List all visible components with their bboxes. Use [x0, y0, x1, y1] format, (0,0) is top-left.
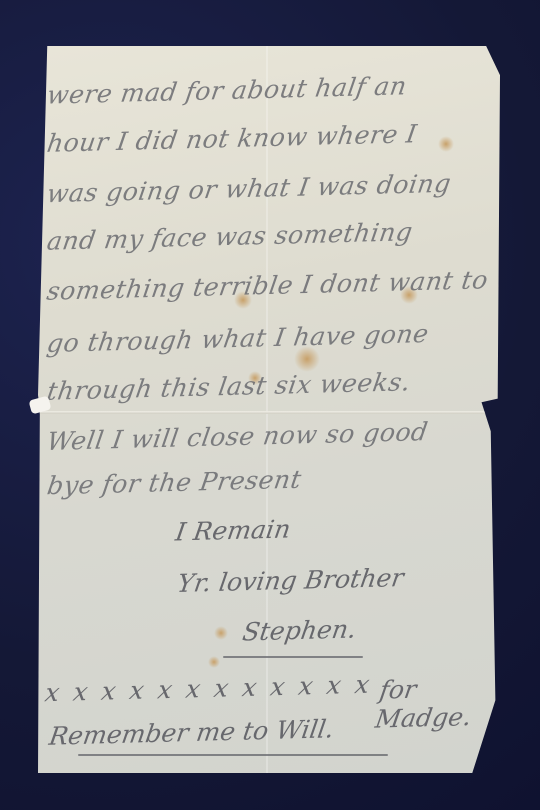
signature-underline	[223, 656, 363, 658]
postscript-underline	[78, 754, 388, 756]
body-line: were mad for about half an	[45, 71, 409, 109]
kisses-for-madge: for Madge.	[373, 672, 504, 733]
body-line: go through what I have gone	[45, 319, 431, 358]
body-line: and my face was something	[45, 217, 415, 256]
letter-paper: were mad for about half an hour I did no…	[38, 46, 500, 773]
body-line: through this last six weeks.	[45, 367, 413, 405]
body-line: hour I did not know where I	[45, 119, 419, 158]
body-line: bye for the Present	[45, 465, 303, 501]
signature: Stephen.	[241, 615, 359, 647]
closing-loving-brother: Yr. loving Brother	[175, 563, 405, 598]
letter-body: were mad for about half an hour I did no…	[38, 46, 500, 773]
body-line: was going or what I was doing	[45, 169, 453, 209]
body-line: Well I will close now so good	[45, 417, 430, 456]
closing-remain: I Remain	[174, 515, 293, 547]
body-line: something terrible I dont want to	[45, 265, 490, 305]
